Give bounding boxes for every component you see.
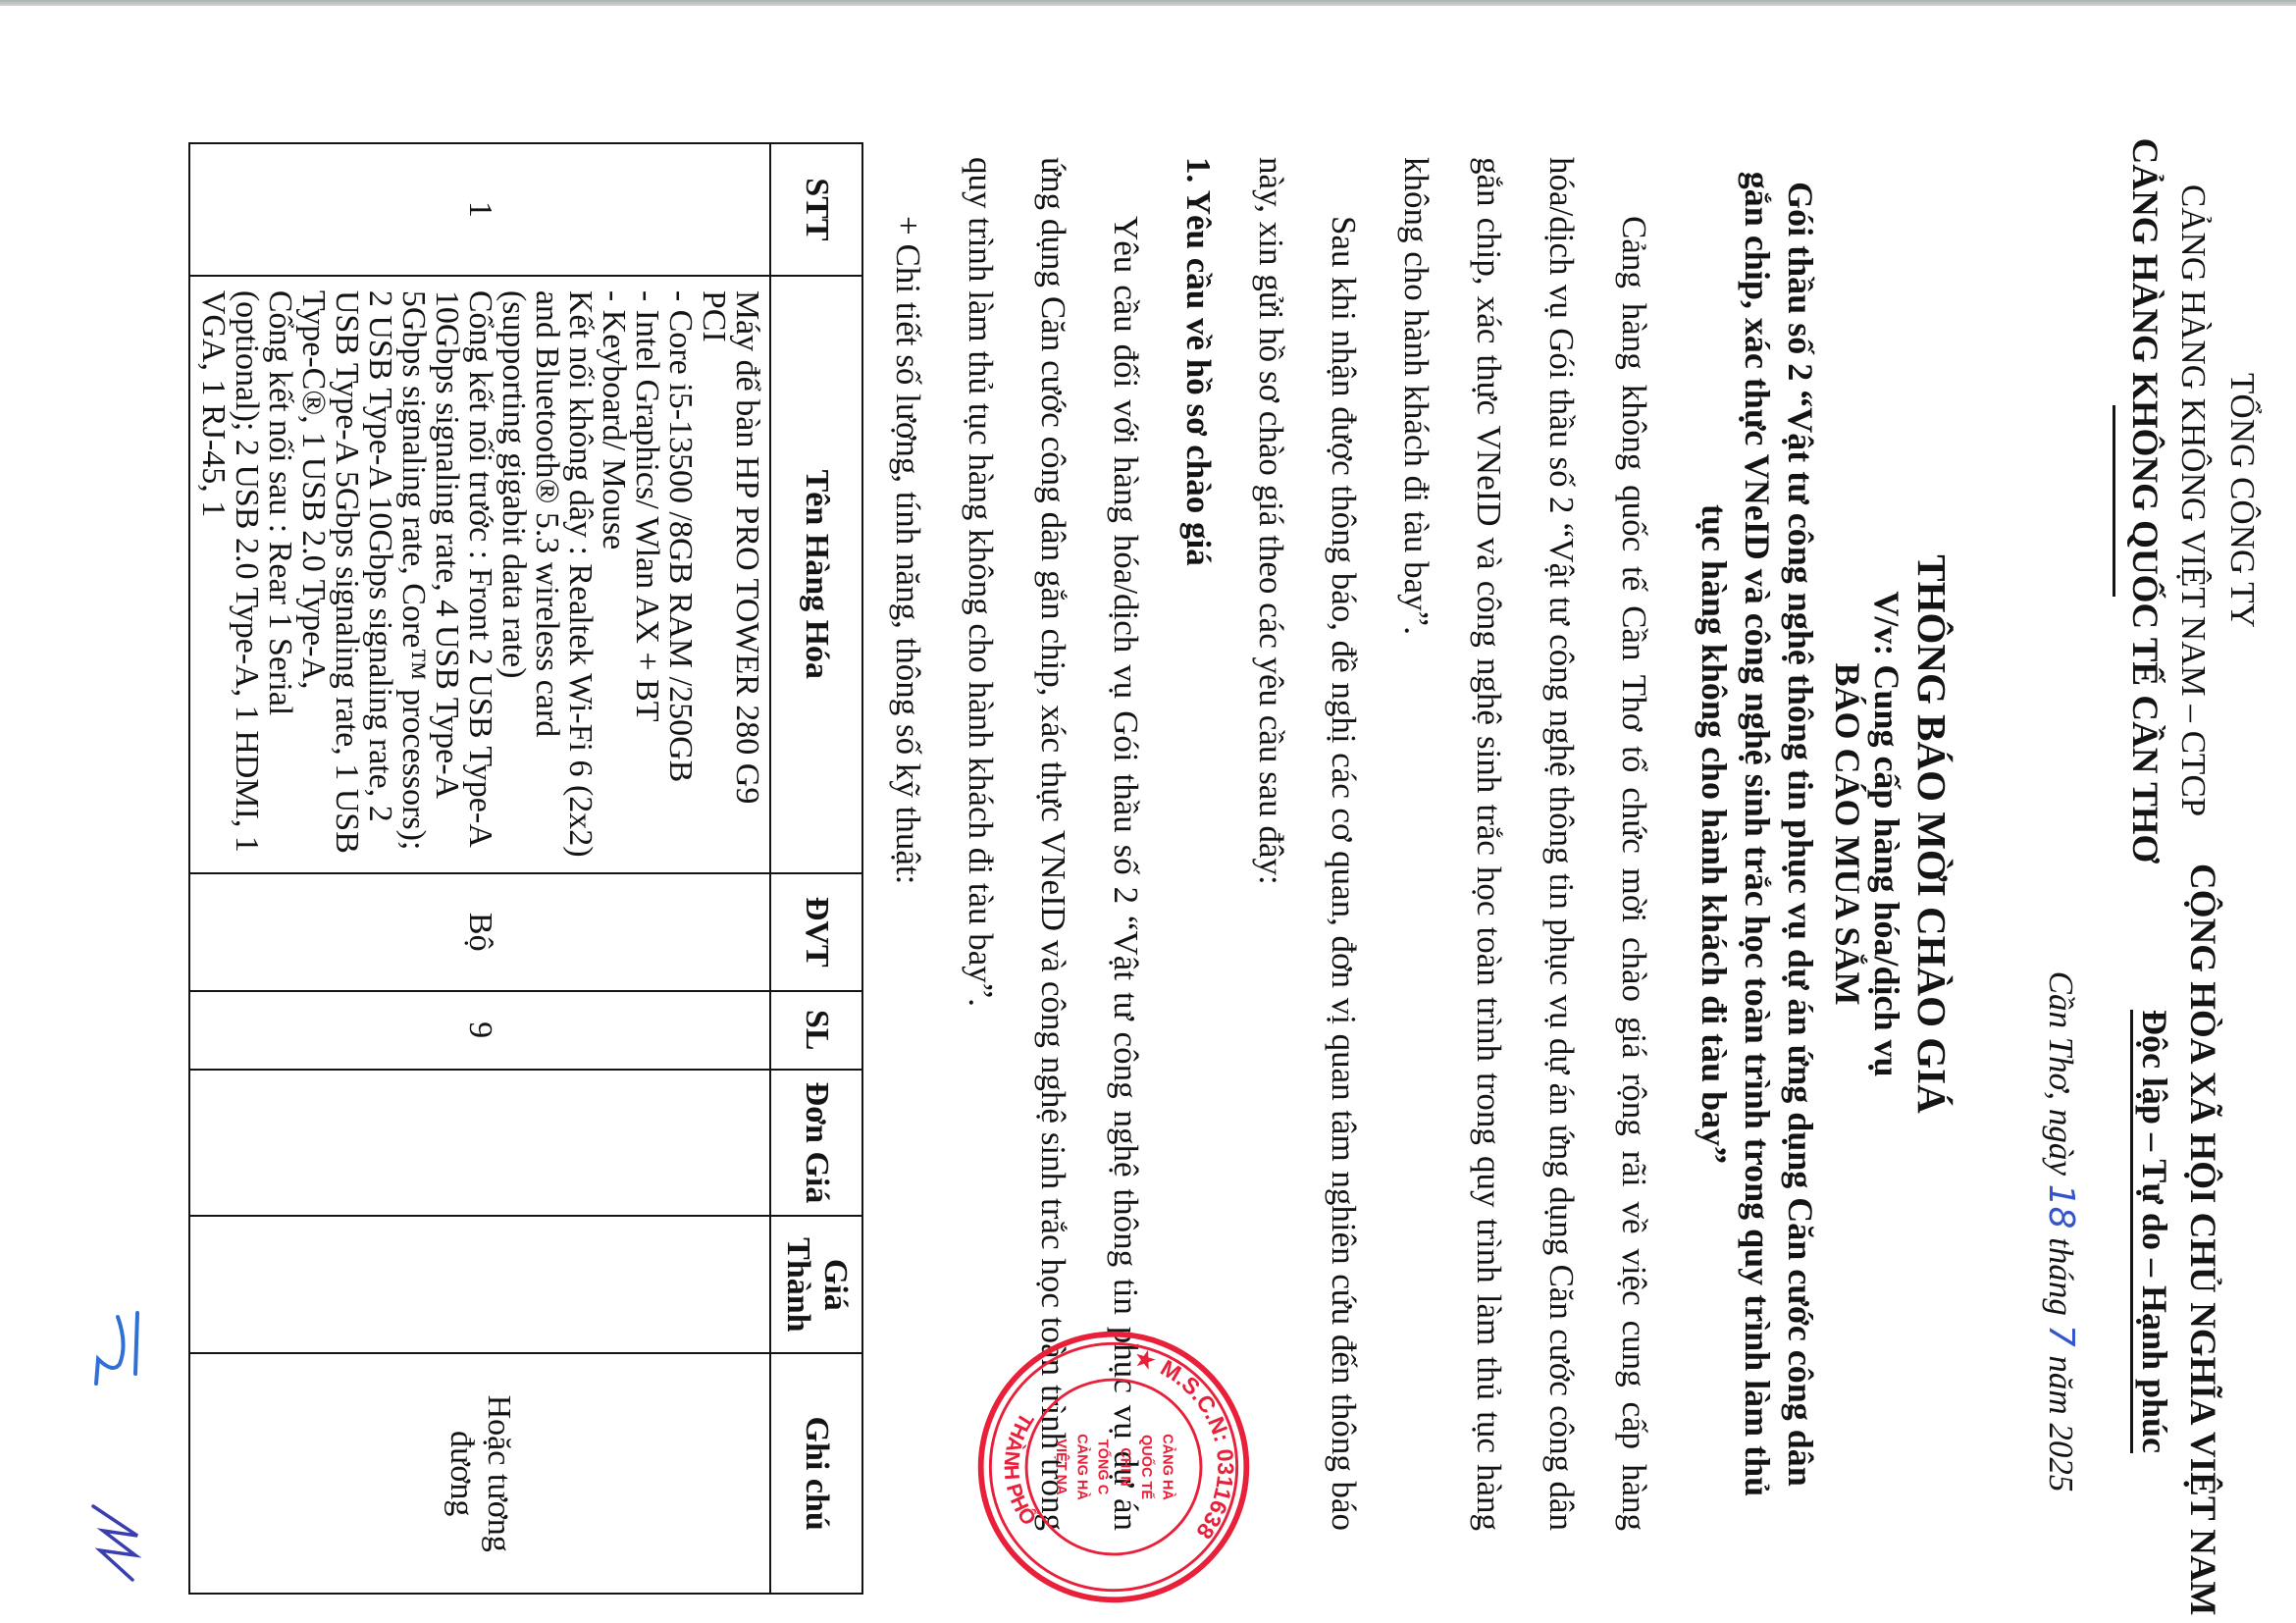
document-subject: V/v: Cung cấp hàng hóa/dịch vụ — [1867, 157, 1906, 1511]
document-page: TỔNG CÔNG TY CẢNG HÀNG KHÔNG VIỆT NAM – … — [0, 0, 2296, 1623]
svg-text:CHI N: CHI N — [1118, 1447, 1133, 1486]
package-title: Gói thầu số 2 “Vật tư công nghệ thông ti… — [1693, 157, 1822, 1511]
issuer-name: CẢNG HÀNG KHÔNG QUỐC TẾ CẦN THƠ — [2119, 98, 2168, 903]
col-header-unit-price: Đơn Giá — [770, 1070, 862, 1217]
col-header-unit: ĐVT — [770, 873, 862, 991]
goods-table: STT Tên Hàng Hóa ĐVT SL Đơn Giá Giá Thàn… — [188, 142, 863, 1595]
issuer-underline — [2113, 405, 2115, 597]
svg-text:VIỆT NA: VIỆT NA — [1053, 1439, 1070, 1495]
issuer-parent-line1: TỔNG CÔNG TY — [2218, 98, 2267, 903]
col-header-note: Ghi chú — [770, 1353, 862, 1594]
document-title: THÔNG BÁO MỜI CHÀO GIÁ — [1906, 157, 1957, 1511]
col-header-name: Tên Hàng Hóa — [770, 276, 862, 873]
initials-signature-1 — [88, 1305, 157, 1393]
cell-item-description: Máy để bàn HP PRO TOWER 280 G9 PCI - Cor… — [189, 276, 770, 873]
paragraph-spec-intro: + Chi tiết số lượng, tính năng, thông số… — [871, 157, 944, 1531]
national-title: CỘNG HÒA XÃ HỘI CHỦ NGHĨA VIỆT NAM — [2176, 864, 2227, 1599]
company-seal-stamp: ★ M.S.C.N: 0311638 THÀNH PHỐ CẢNG HÀ QUỐ… — [971, 1325, 1256, 1609]
svg-text:TỔNG C: TỔNG C — [1095, 1440, 1113, 1495]
paragraph-request: Sau khi nhận được thông báo, đề nghị các… — [1234, 157, 1380, 1531]
national-header: CỘNG HÒA XÃ HỘI CHỦ NGHĨA VIỆT NAM Độc l… — [2035, 864, 2227, 1599]
cell-total — [189, 1216, 770, 1353]
date-day-handwritten: 18 — [2041, 1184, 2081, 1230]
cell-unit-price — [189, 1070, 770, 1217]
col-header-qty: SL — [770, 991, 862, 1070]
col-header-stt: STT — [770, 143, 862, 276]
paragraph-intro: Cảng hàng không quốc tế Cần Thơ tổ chức … — [1380, 157, 1670, 1531]
col-header-total: Giá Thành — [770, 1216, 862, 1353]
issuer-header: TỔNG CÔNG TY CẢNG HÀNG KHÔNG VIỆT NAM – … — [2113, 98, 2267, 903]
svg-text:CẢNG HÀ: CẢNG HÀ — [1159, 1434, 1175, 1500]
document-title-block: THÔNG BÁO MỜI CHÀO GIÁ V/v: Cung cấp hàn… — [1693, 157, 1957, 1511]
cell-unit: Bộ — [189, 873, 770, 991]
initials-signature-2 — [78, 1501, 147, 1590]
svg-text:CẢNG HÀ: CẢNG HÀ — [1073, 1434, 1090, 1500]
svg-text:QUỐC TẾ: QUỐC TẾ — [1138, 1435, 1156, 1499]
issuer-parent-line2: CẢNG HÀNG KHÔNG VIỆT NAM – CTCP — [2168, 98, 2218, 903]
national-motto: Độc lập – Tự do – Hạnh phúc — [2130, 1010, 2176, 1453]
cell-qty: 9 — [189, 991, 770, 1070]
cell-note: Hoặc tương đương — [189, 1353, 770, 1594]
document-subtitle: BÁO CÁO MUA SẮM — [1828, 157, 1867, 1511]
document-date: Cần Thơ, ngày 18 tháng 7 năm 2025 — [2035, 864, 2086, 1599]
table-header-row: STT Tên Hàng Hóa ĐVT SL Đơn Giá Giá Thàn… — [770, 143, 862, 1594]
date-month-handwritten: 7 — [2041, 1325, 2081, 1347]
cell-stt: 1 — [189, 143, 770, 276]
table-row: 1 Máy để bàn HP PRO TOWER 280 G9 PCI - C… — [189, 143, 770, 1594]
